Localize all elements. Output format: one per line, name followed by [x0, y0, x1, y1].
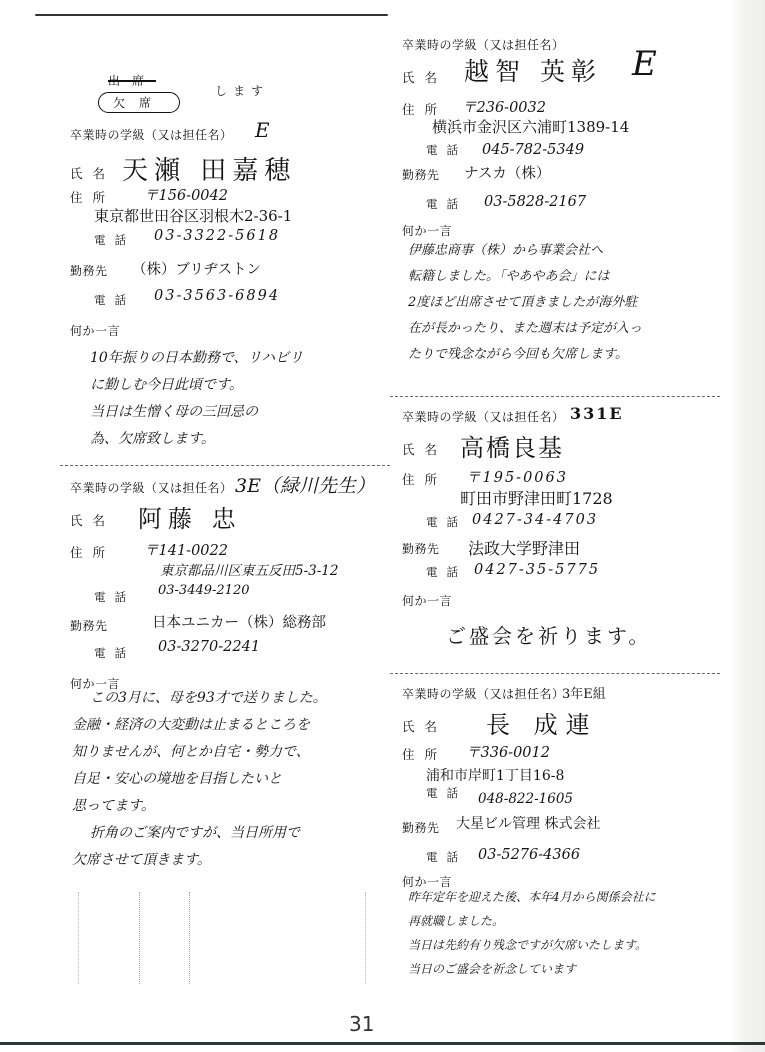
class-label: 卒業時の学級（又は担任名） [70, 479, 233, 496]
work-phone-label: 電話 [94, 292, 135, 308]
address-label: 住所 [70, 543, 115, 561]
name-value: 阿藤 忠 [138, 499, 242, 534]
name-label: 氏名 [70, 511, 115, 529]
name-value: 高橋良基 [460, 428, 564, 463]
name-value: 天瀬 田嘉穂 [122, 150, 296, 187]
message-line: 金融・経済の大変動は止まるところを [72, 712, 327, 739]
message-label: 何か一言 [70, 322, 120, 339]
work-value: 法政大学野津田 [468, 536, 580, 559]
work-phone-value: 03-3270-2241 [158, 639, 260, 655]
class-value: 3E（緑川先生） [235, 471, 375, 498]
message-line: 思ってます。 [72, 793, 327, 820]
phone-value: 048-822-1605 [478, 791, 573, 807]
address-label: 住所 [402, 745, 447, 763]
message-line: 折角のご案内ですが、当日所用で [72, 820, 327, 847]
card-separator [390, 673, 720, 674]
address-value: 浦和市岸町1丁目16-8 [426, 765, 564, 785]
phone-label: 電話 [426, 514, 467, 530]
phone-label: 電話 [94, 232, 135, 248]
message-line: 10年振りの日本勤務で、リハビリ [90, 345, 303, 372]
work-phone-value: 03-5276-4366 [478, 847, 580, 863]
work-value: 日本ユニカー（株）総務部 [152, 611, 326, 632]
postal-value: 〒195-0063 [466, 466, 568, 487]
class-label: 卒業時の学級（又は担任名） [402, 36, 565, 53]
work-phone-label: 電話 [94, 645, 135, 661]
phone-label: 電話 [426, 785, 467, 801]
work-label: 勤務先 [402, 819, 440, 836]
message-line: 再就職しました。 [408, 909, 656, 933]
card-separator [60, 465, 390, 466]
name-note: E [632, 44, 657, 84]
work-phone-value: 03-3563-6894 [154, 288, 280, 304]
name-label: 氏名 [402, 717, 447, 735]
address-value: 町田市野津田町1728 [460, 486, 613, 509]
work-phone-value: 03-5828-2167 [484, 194, 586, 210]
card-ochi: 卒業時の学級（又は担任名） 氏名 越智 英彰 E 住所 〒236-0032 横浜… [390, 30, 720, 380]
message-block: 10年振りの日本勤務で、リハビリ に勤しむ今日此頃です。 当日は生憎く母の三回忌… [90, 345, 303, 453]
bottom-edge-line [0, 1042, 765, 1045]
phone-value: 0427-34-4703 [472, 512, 598, 528]
class-value: 3年E組 [562, 683, 606, 702]
postal-value: 〒156-0042 [144, 184, 228, 205]
page-number: 31 [349, 1012, 374, 1036]
top-divider [35, 14, 388, 16]
name-value: 長 成連 [486, 705, 598, 740]
phone-value: 045-782-5349 [482, 142, 584, 158]
scan-page-edge [729, 0, 765, 1052]
message-line: 為、欠席致します。 [90, 426, 303, 453]
class-label: 卒業時の学級（又は担任名） [70, 126, 233, 143]
work-phone-label: 電話 [426, 196, 467, 212]
address-label: 住所 [402, 470, 447, 488]
name-label: 氏名 [402, 440, 447, 458]
message-line: 欠席させて頂きます。 [72, 847, 327, 874]
address-value: 東京都品川区東五反田5-3-12 [160, 559, 338, 579]
work-phone-label: 電話 [426, 849, 467, 865]
work-label: 勤務先 [70, 262, 108, 279]
message-line: 当日のご盛会を祈念しています [408, 957, 656, 981]
card-amase: 出席 欠席 します 卒業時の学級（又は担任名） E 氏名 天瀬 田嘉穂 住所 〒… [60, 60, 390, 460]
work-value: ナスカ（株） [464, 162, 550, 183]
work-phone-value: 0427-35-5775 [474, 562, 600, 578]
card-separator [390, 396, 720, 397]
message-line: 在が長かったり、また週末は予定が入っ [408, 316, 642, 342]
message-label: 何か一言 [402, 592, 452, 609]
address-value: 東京都世田谷区羽根木2-36-1 [94, 205, 292, 226]
class-label: 卒業時の学級（又は担任名） [402, 408, 565, 425]
message-block: この3月に、母を93才で送りました。 金融・経済の大変動は止まるところを 知りま… [72, 685, 327, 874]
message-line: 転籍しました。「やあやあ会」には [408, 264, 642, 290]
class-value: 331E [570, 404, 624, 423]
message-line: ご盛会を祈ります。 [446, 620, 651, 649]
attendance-absent-circled: 欠席 [98, 92, 180, 113]
work-label: 勤務先 [70, 617, 108, 634]
address-value: 横浜市金沢区六浦町1389-14 [432, 116, 629, 137]
class-label: 卒業時の学級（又は担任名） [402, 685, 565, 702]
message-label: 何か一言 [402, 222, 452, 239]
address-label: 住所 [70, 188, 115, 206]
message-block: 昨年定年を迎えた後、本年4月から関係会社に 再就職しました。 当日は先約有り残念… [408, 885, 656, 981]
postal-value: 〒236-0032 [462, 96, 546, 117]
postal-value: 〒336-0012 [466, 741, 550, 762]
message-line: 当日は先約有り残念ですが欠席いたします。 [408, 933, 656, 957]
name-label: 氏名 [402, 68, 447, 86]
work-value: 大星ビル管理 株式会社 [456, 813, 600, 833]
attendance-choice: 出席 [108, 72, 156, 89]
name-label: 氏名 [70, 164, 115, 182]
work-label: 勤務先 [402, 166, 440, 183]
message-block: 伊藤忠商事（株）から事業会社へ 転籍しました。「やあやあ会」には 2度ほど出席さ… [408, 238, 642, 368]
card-cho: 卒業時の学級（又は担任名） 3年E組 氏名 長 成連 住所 〒336-0012 … [390, 673, 720, 1013]
message-line: 2度ほど出席させて頂きましたが海外駐 [408, 290, 642, 316]
message-line: 昨年定年を迎えた後、本年4月から関係会社に [408, 885, 656, 909]
work-label: 勤務先 [402, 540, 440, 557]
phone-value: 03-3449-2120 [158, 583, 250, 598]
card-takahashi: 卒業時の学級（又は担任名） 331E 氏名 高橋良基 住所 〒195-0063 … [390, 396, 720, 666]
message-line: 伊藤忠商事（株）から事業会社へ [408, 238, 642, 264]
faint-blank-form [78, 892, 366, 984]
attendance-suffix: します [215, 82, 269, 99]
name-value: 越智 英彰 [464, 52, 602, 88]
message-line: 知りませんが、何とか自宅・勢力で、 [72, 739, 327, 766]
message-line: 自足・安心の境地を目指したいと [72, 766, 327, 793]
work-phone-label: 電話 [426, 564, 467, 580]
phone-label: 電話 [426, 142, 467, 158]
message-line: たりで残念ながら今回も欠席します。 [408, 342, 642, 368]
postal-value: 〒141-0022 [144, 539, 228, 560]
class-value: E [255, 118, 270, 142]
work-value: （株）ブリヂストン [132, 258, 261, 279]
message-line: この3月に、母を93才で送りました。 [72, 685, 327, 712]
phone-label: 電話 [94, 589, 135, 605]
card-ato: 卒業時の学級（又は担任名） 3E（緑川先生） 氏名 阿藤 忠 住所 〒141-0… [60, 465, 390, 875]
message-line: 当日は生憎く母の三回忌の [90, 399, 303, 426]
attendance-present-struck: 出席 [108, 72, 156, 89]
message-line: に勤しむ今日此頃です。 [90, 372, 303, 399]
phone-value: 03-3322-5618 [154, 228, 280, 244]
